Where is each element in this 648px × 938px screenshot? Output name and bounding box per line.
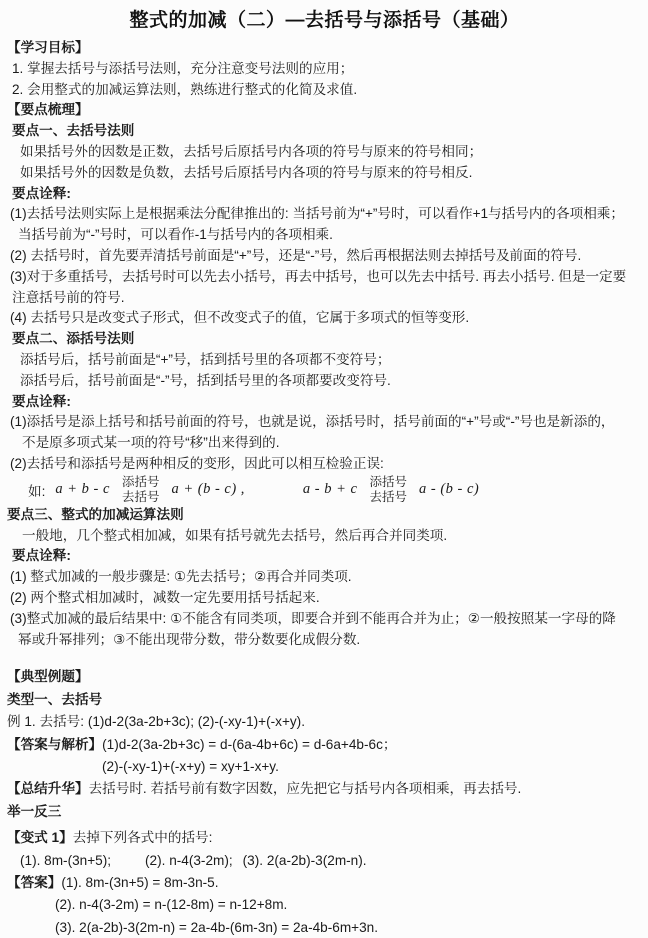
point2-note: (2)去括号和添括号是两种相反的变形，因此可以相互检验正误: — [7, 454, 642, 475]
point2-note-continued: 不是原多项式某一项的符号“移”出来得到的. — [7, 433, 642, 454]
answers-line-continued: (2). n-4(3-2m) = n-(12-8m) = n-12+8m. — [7, 894, 642, 916]
point2-heading: 要点二、添括号法则 — [7, 329, 642, 350]
point1-rule: 如果括号外的因数是负数，去括号后原括号内各项的符号与原来的符号相反. — [7, 163, 642, 184]
variation-text: 去掉下列各式中的括号: — [73, 830, 213, 845]
formula-expression: a - b + c — [303, 481, 358, 498]
variation-label: 【变式 1】 — [7, 830, 73, 845]
answers-text: (1). 8m-(3n+5) = 8m-3n-5. — [61, 875, 218, 890]
point3-note: (2) 两个整式相加减时，减数一定先要用括号括起来. — [7, 588, 642, 609]
examples-header: 【典型例题】 — [7, 666, 642, 688]
summary-label: 【总结升华】 — [7, 781, 89, 796]
point3-heading: 要点三、整式的加减运算法则 — [7, 505, 642, 526]
variation-item: (1). 8m-(3n+5); — [20, 853, 111, 868]
remove-brackets-label: 去括号 — [369, 490, 407, 505]
bracket-transform-formula: 如: a + b - c 添括号 去括号 a + (b - c) , a - b… — [7, 475, 642, 505]
formula-expression: a - (b - c) — [419, 481, 479, 498]
point1-note: (3)对于多重括号，去括号时可以先去小括号，再去中括号，也可以先去中括号. 再去… — [7, 267, 642, 288]
answers-line: 【答案】(1). 8m-(3n+5) = 8m-3n-5. — [7, 872, 642, 894]
answer-analysis-label: 【答案与解析】 — [7, 737, 102, 752]
learning-goal-item: 1. 掌握去括号与添括号法则，充分注意变号法则的应用； — [7, 59, 642, 80]
point2-rule: 添括号后，括号前面是“-”号，括到括号里的各项都要改变符号. — [7, 371, 642, 392]
point1-rule: 如果括号外的因数是正数，去括号后原括号内各项的符号与原来的符号相同； — [7, 142, 642, 163]
example1-answer-continued: (2)-(-xy-1)+(-x+y) = xy+1-x+y. — [7, 756, 642, 778]
variation-item: (3). 2(a-2b)-3(2m-n). — [243, 853, 367, 868]
add-remove-brackets-label: 添括号 去括号 — [122, 475, 160, 505]
point1-note: (1)去括号法则实际上是根据乘法分配律推出的: 当括号前为“+”号时，可以看作+… — [7, 204, 642, 225]
variation-item: (2). n-4(3-2m); — [145, 853, 233, 868]
formula-prefix: 如: — [28, 480, 45, 500]
type1-heading: 类型一、去括号 — [7, 689, 642, 711]
answers-line-continued: (3). 2(a-2b)-3(2m-n) = 2a-4b-(6m-3n) = 2… — [7, 917, 642, 938]
point1-note: (2) 去括号时，首先要弄清括号前面是“+”号，还是“-”号，然后再根据法则去掉… — [7, 246, 642, 267]
example1-problem: 例 1. 去括号: (1)d-2(3a-2b+3c); (2)-(-xy-1)+… — [7, 711, 642, 733]
learning-goal-item: 2. 会用整式的加减运算法则，熟练进行整式的化简及求值. — [7, 80, 642, 101]
page-title: 整式的加减（二）—去括号与添括号（基础） — [7, 0, 642, 38]
learning-goals-header: 【学习目标】 — [7, 38, 642, 59]
point2-notes-header: 要点诠释: — [7, 392, 642, 413]
variation-items-line: (1). 8m-(3n+5);(2). n-4(3-2m);(3). 2(a-2… — [7, 850, 642, 872]
remove-brackets-label: 去括号 — [122, 490, 160, 505]
typical-examples-section: 【典型例题】 类型一、去括号 例 1. 去括号: (1)d-2(3a-2b+3c… — [7, 666, 642, 938]
point1-notes-header: 要点诠释: — [7, 184, 642, 205]
point3-note: (1) 整式加减的一般步骤是: ①先去括号；②再合并同类项. — [7, 567, 642, 588]
outline-header: 【要点梳理】 — [7, 100, 642, 121]
answers-label: 【答案】 — [7, 875, 61, 890]
point1-heading: 要点一、去括号法则 — [7, 121, 642, 142]
formula-expression: a + b - c — [55, 481, 110, 498]
summary-text: 去括号时. 若括号前有数字因数，应先把它与括号内各项相乘，再去括号. — [89, 781, 522, 796]
point3-notes-header: 要点诠释: — [7, 546, 642, 567]
answer-analysis-text: (1)d-2(3a-2b+3c) = d-(6a-4b+6c) = d-6a+4… — [102, 737, 396, 752]
point3-note: (3)整式加减的最后结果中: ①不能含有同类项，即要合并到不能再合并为止；②一般… — [7, 609, 642, 630]
add-brackets-label: 添括号 — [369, 475, 407, 490]
formula-expression: a + (b - c) , — [171, 481, 244, 498]
add-remove-brackets-label: 添括号 去括号 — [369, 475, 407, 505]
variation-line: 【变式 1】去掉下列各式中的括号: — [7, 827, 642, 849]
point3-note-continued: 幂或升幂排列；③不能出现带分数，带分数要化成假分数. — [7, 630, 642, 651]
point1-note-continued: 当括号前为“-”号时，可以看作-1与括号内的各项相乘. — [7, 225, 642, 246]
document-page: 整式的加减（二）—去括号与添括号（基础） 【学习目标】 1. 掌握去括号与添括号… — [0, 0, 648, 938]
point2-rule: 添括号后，括号前面是“+”号，括到括号里的各项都不变符号； — [7, 350, 642, 371]
example1-answer-line: 【答案与解析】(1)d-2(3a-2b+3c) = d-(6a-4b+6c) =… — [7, 734, 642, 756]
summary-line: 【总结升华】去括号时. 若括号前有数字因数，应先把它与括号内各项相乘，再去括号. — [7, 778, 642, 800]
point1-note: (4) 去括号只是改变式子形式，但不改变式子的值，它属于多项式的恒等变形. — [7, 308, 642, 329]
point2-note: (1)添括号是添上括号和括号前面的符号，也就是说，添括号时，括号前面的“+”号或… — [7, 412, 642, 433]
point3-rule: 一般地，几个整式相加减，如果有括号就先去括号，然后再合并同类项. — [7, 526, 642, 547]
point1-note-continued: 注意括号前的符号. — [7, 288, 642, 309]
followup-heading: 举一反三 — [7, 801, 642, 823]
add-brackets-label: 添括号 — [122, 475, 160, 490]
